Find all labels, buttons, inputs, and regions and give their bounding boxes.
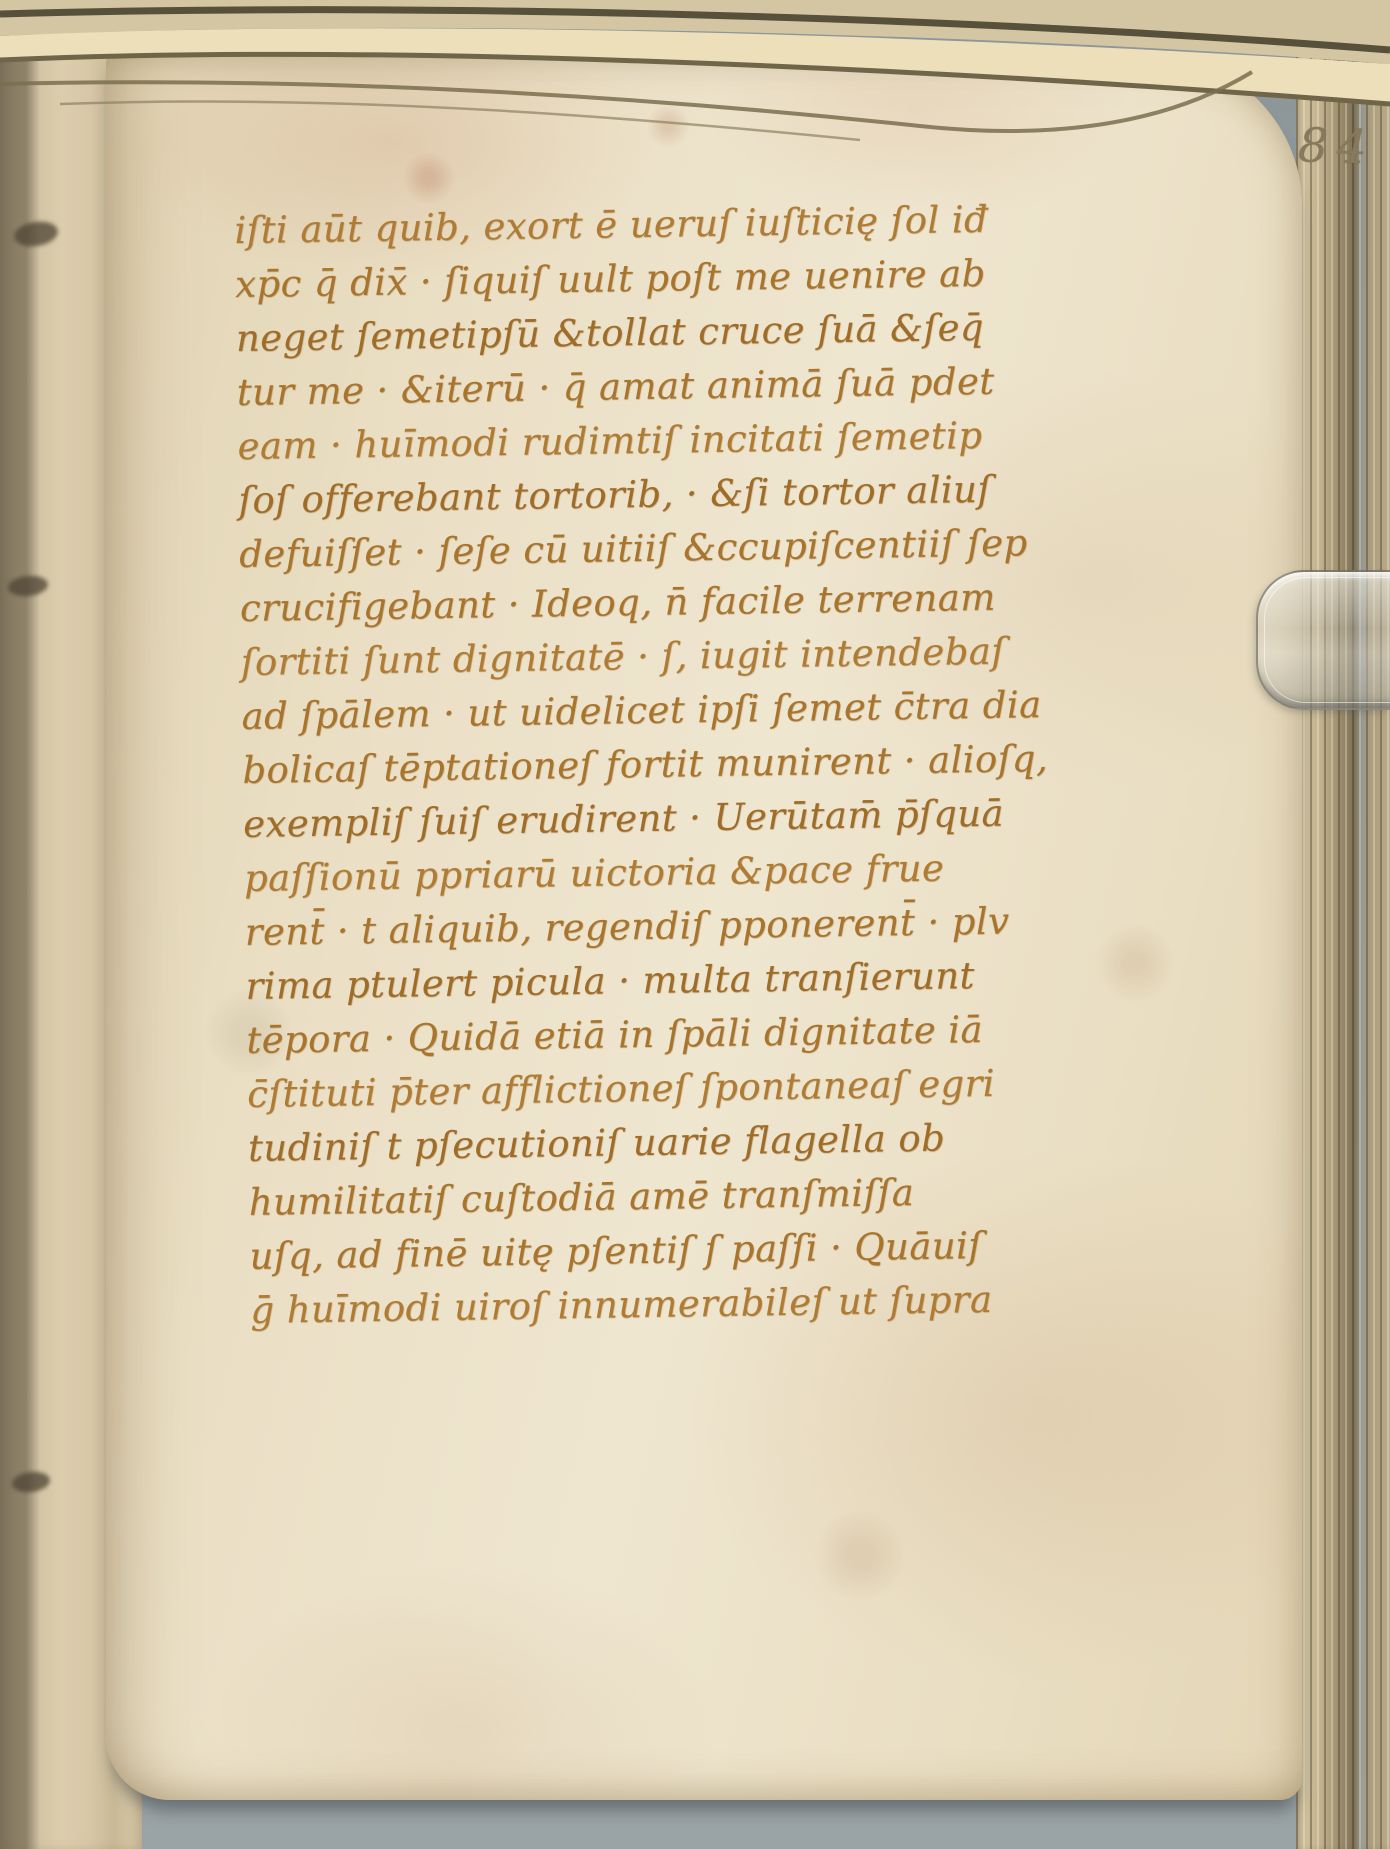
transparent-page-clip bbox=[1256, 570, 1390, 710]
folio-number: 84 bbox=[1297, 118, 1390, 182]
sewing-station-mark bbox=[7, 574, 49, 598]
manuscript-page: 84 iſti aūt quib, exort ē ueruſ iuſticię… bbox=[106, 56, 1302, 1800]
spine-top-shadow bbox=[0, 0, 70, 34]
sewing-station-mark bbox=[11, 1470, 51, 1494]
manuscript-text: iſti aūt quib, exort ē ueruſ iuſticię ſo… bbox=[234, 188, 1311, 1338]
manuscript-photo: 84 iſti aūt quib, exort ē ueruſ iuſticię… bbox=[0, 0, 1390, 1849]
page-stack-right-edges bbox=[1296, 0, 1390, 1849]
sewing-station-mark bbox=[12, 219, 59, 250]
